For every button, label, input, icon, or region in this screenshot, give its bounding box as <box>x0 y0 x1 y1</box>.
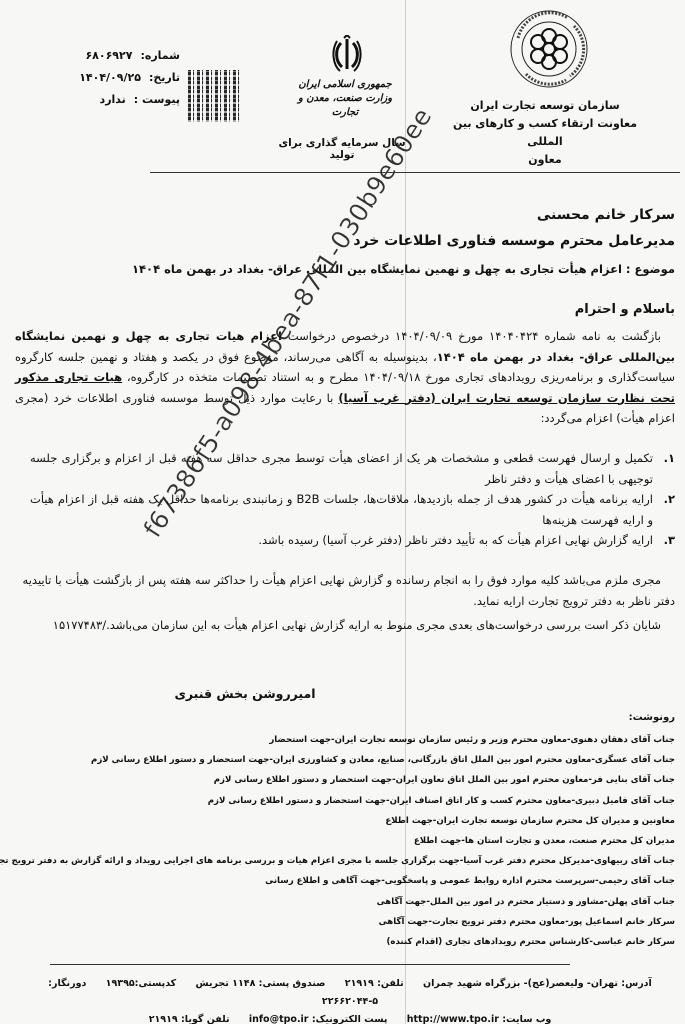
organization-block: سازمان توسعه تجارت ایران معاونت ارتقاء ک… <box>440 97 650 169</box>
body-paragraph-1: بازگشت به نامه شماره ۱۴۰۴۰۴۲۴ مورخ ۱۴۰۴/… <box>15 326 675 429</box>
footer-postal-code: کدپستی:۱۹۳۹۵ <box>106 978 177 989</box>
organization-name: سازمان توسعه تجارت ایران <box>440 97 650 115</box>
letter-date-value: ۱۴۰۴/۰۹/۲۵ <box>79 67 141 89</box>
condition-text: ارایه گزارش نهایی اعزام هیأت که به تأیید… <box>30 530 653 551</box>
letter-subject: موضوع : اعزام هیأت تجاری به چهل و نهمین … <box>115 262 675 276</box>
letter-date-label: تاریخ: <box>149 67 180 89</box>
letter-attachment-row: پیوست : ندارد <box>40 89 180 111</box>
cc-item: جناب آقای ربیهاوی-مدیرکل محترم دفتر غرب … <box>0 851 675 871</box>
condition-item: ۳. ارایه گزارش نهایی اعزام هیأت که به تأ… <box>30 530 675 551</box>
organization-deputy: معاونت ارتقاء کسب و کارهای بین المللی <box>440 115 650 151</box>
footer-po-box: صندوق پستی: ۱۱۴۸ تجریش <box>196 978 326 989</box>
tpo-logo-icon <box>508 8 590 90</box>
condition-text: ارایه برنامه هیأت در کشور هدف از جمله با… <box>30 489 653 530</box>
letter-attachment-value: ندارد <box>100 89 126 111</box>
cc-item: سرکار خانم عباسی-کارشناس محترم رویدادهای… <box>0 932 675 952</box>
footer-line-1: آدرس: تهران- ولیعصر(عج)- بزرگراه شهید چم… <box>20 975 680 1011</box>
cc-item: جناب آقای رحیمی-سرپرست محترم اداره روابط… <box>0 871 675 891</box>
cc-title: رونوشت: <box>629 712 675 723</box>
organization-title: معاون <box>440 151 650 169</box>
cc-item: جناب آقای دهقان دهنوی-معاون محترم وزیر و… <box>0 730 675 750</box>
letter-meta: شماره: ۶۸۰۶۹۲۷ تاریخ: ۱۴۰۴/۰۹/۲۵ پیوست :… <box>40 45 180 111</box>
footer-address: آدرس: تهران- ولیعصر(عج)- بزرگراه شهید چم… <box>423 978 652 989</box>
letter-page: شماره: ۶۸۰۶۹۲۷ تاریخ: ۱۴۰۴/۰۹/۲۵ پیوست :… <box>0 0 685 1024</box>
addressee: سرکار خانم محسنی مدیرعامل محترم موسسه فن… <box>175 202 675 254</box>
ministry-line-2: وزارت صنعت، معدن و تجارت <box>290 92 400 120</box>
footer-voice-phone: تلفن گویا: ۲۱۹۱۹ <box>149 1014 230 1024</box>
cc-item: مدیران کل محترم صنعت، معدن و تجارت استان… <box>0 831 675 851</box>
iran-emblem-icon <box>332 35 362 75</box>
body-p1-a: بازگشت به نامه شماره ۱۴۰۴۰۴۲۴ مورخ ۱۴۰۴/… <box>282 329 661 343</box>
condition-item: ۱. تکمیل و ارسال فهرست قطعی و مشخصات هر … <box>30 448 675 489</box>
cc-list: جناب آقای دهقان دهنوی-معاون محترم وزیر و… <box>0 730 675 952</box>
condition-number: ۱. <box>653 448 675 489</box>
footer-divider <box>50 964 570 965</box>
letter-number-label: شماره: <box>140 45 180 67</box>
cc-item: جناب آقای عسگری-معاون محترم امور بین الم… <box>0 750 675 770</box>
qr-code-icon <box>188 70 240 122</box>
ministry-name: جمهوری اسلامی ایران وزارت صنعت، معدن و ت… <box>290 78 400 120</box>
cc-item: سرکار خانم اسماعیل پور-معاون محترم دفتر … <box>0 912 675 932</box>
footer-phone: تلفن: ۲۱۹۱۹ <box>345 978 404 989</box>
footer-website-label: وب سایت: <box>502 1014 551 1024</box>
salutation: باسلام و احترام <box>375 302 675 317</box>
letter-date-row: تاریخ: ۱۴۰۴/۰۹/۲۵ <box>40 67 180 89</box>
condition-text: تکمیل و ارسال فهرست قطعی و مشخصات هر یک … <box>30 448 653 489</box>
footer: آدرس: تهران- ولیعصر(عج)- بزرگراه شهید چم… <box>20 975 680 1024</box>
signatory-name: امیرروشن بخش قنبری <box>170 686 320 701</box>
body-paragraph-2: مجری ملزم می‌باشد کلیه موارد فوق را به ا… <box>15 570 675 611</box>
header-divider <box>150 172 680 173</box>
footer-email-link[interactable]: info@tpo.ir <box>249 1014 309 1024</box>
letter-number-row: شماره: ۶۸۰۶۹۲۷ <box>40 45 180 67</box>
addressee-name: سرکار خانم محسنی <box>175 202 675 228</box>
cc-item: جناب آقای پهلن-مشاور و دستیار محترم در ا… <box>0 892 675 912</box>
condition-number: ۲. <box>653 489 675 530</box>
addressee-title: مدیرعامل محترم موسسه فناوری اطلاعات خرد <box>175 228 675 254</box>
body-paragraph-3: شایان ذکر است بررسی درخواست‌های بعدی مجر… <box>15 615 675 636</box>
condition-item: ۲. ارایه برنامه هیأت در کشور هدف از جمله… <box>30 489 675 530</box>
footer-email-label: پست الکترونیک: <box>312 1014 388 1024</box>
letter-attachment-label: پیوست : <box>134 89 180 111</box>
ministry-line-1: جمهوری اسلامی ایران <box>290 78 400 92</box>
letter-number-value: ۶۸۰۶۹۲۷ <box>85 45 132 67</box>
cc-item: جناب آقای فامیل دبیری-معاون محترم کسب و … <box>0 791 675 811</box>
cc-item: معاونین و مدیران کل محترم سازمان توسعه ت… <box>0 811 675 831</box>
condition-number: ۳. <box>653 530 675 551</box>
footer-line-2: وب سایت: http://www.tpo.ir پست الکترونیک… <box>20 1011 680 1024</box>
cc-item: جناب آقای بنایی فر-معاون محترم امور بین … <box>0 770 675 790</box>
footer-website-link[interactable]: http://www.tpo.ir <box>407 1014 499 1024</box>
conditions-list: ۱. تکمیل و ارسال فهرست قطعی و مشخصات هر … <box>30 448 675 551</box>
